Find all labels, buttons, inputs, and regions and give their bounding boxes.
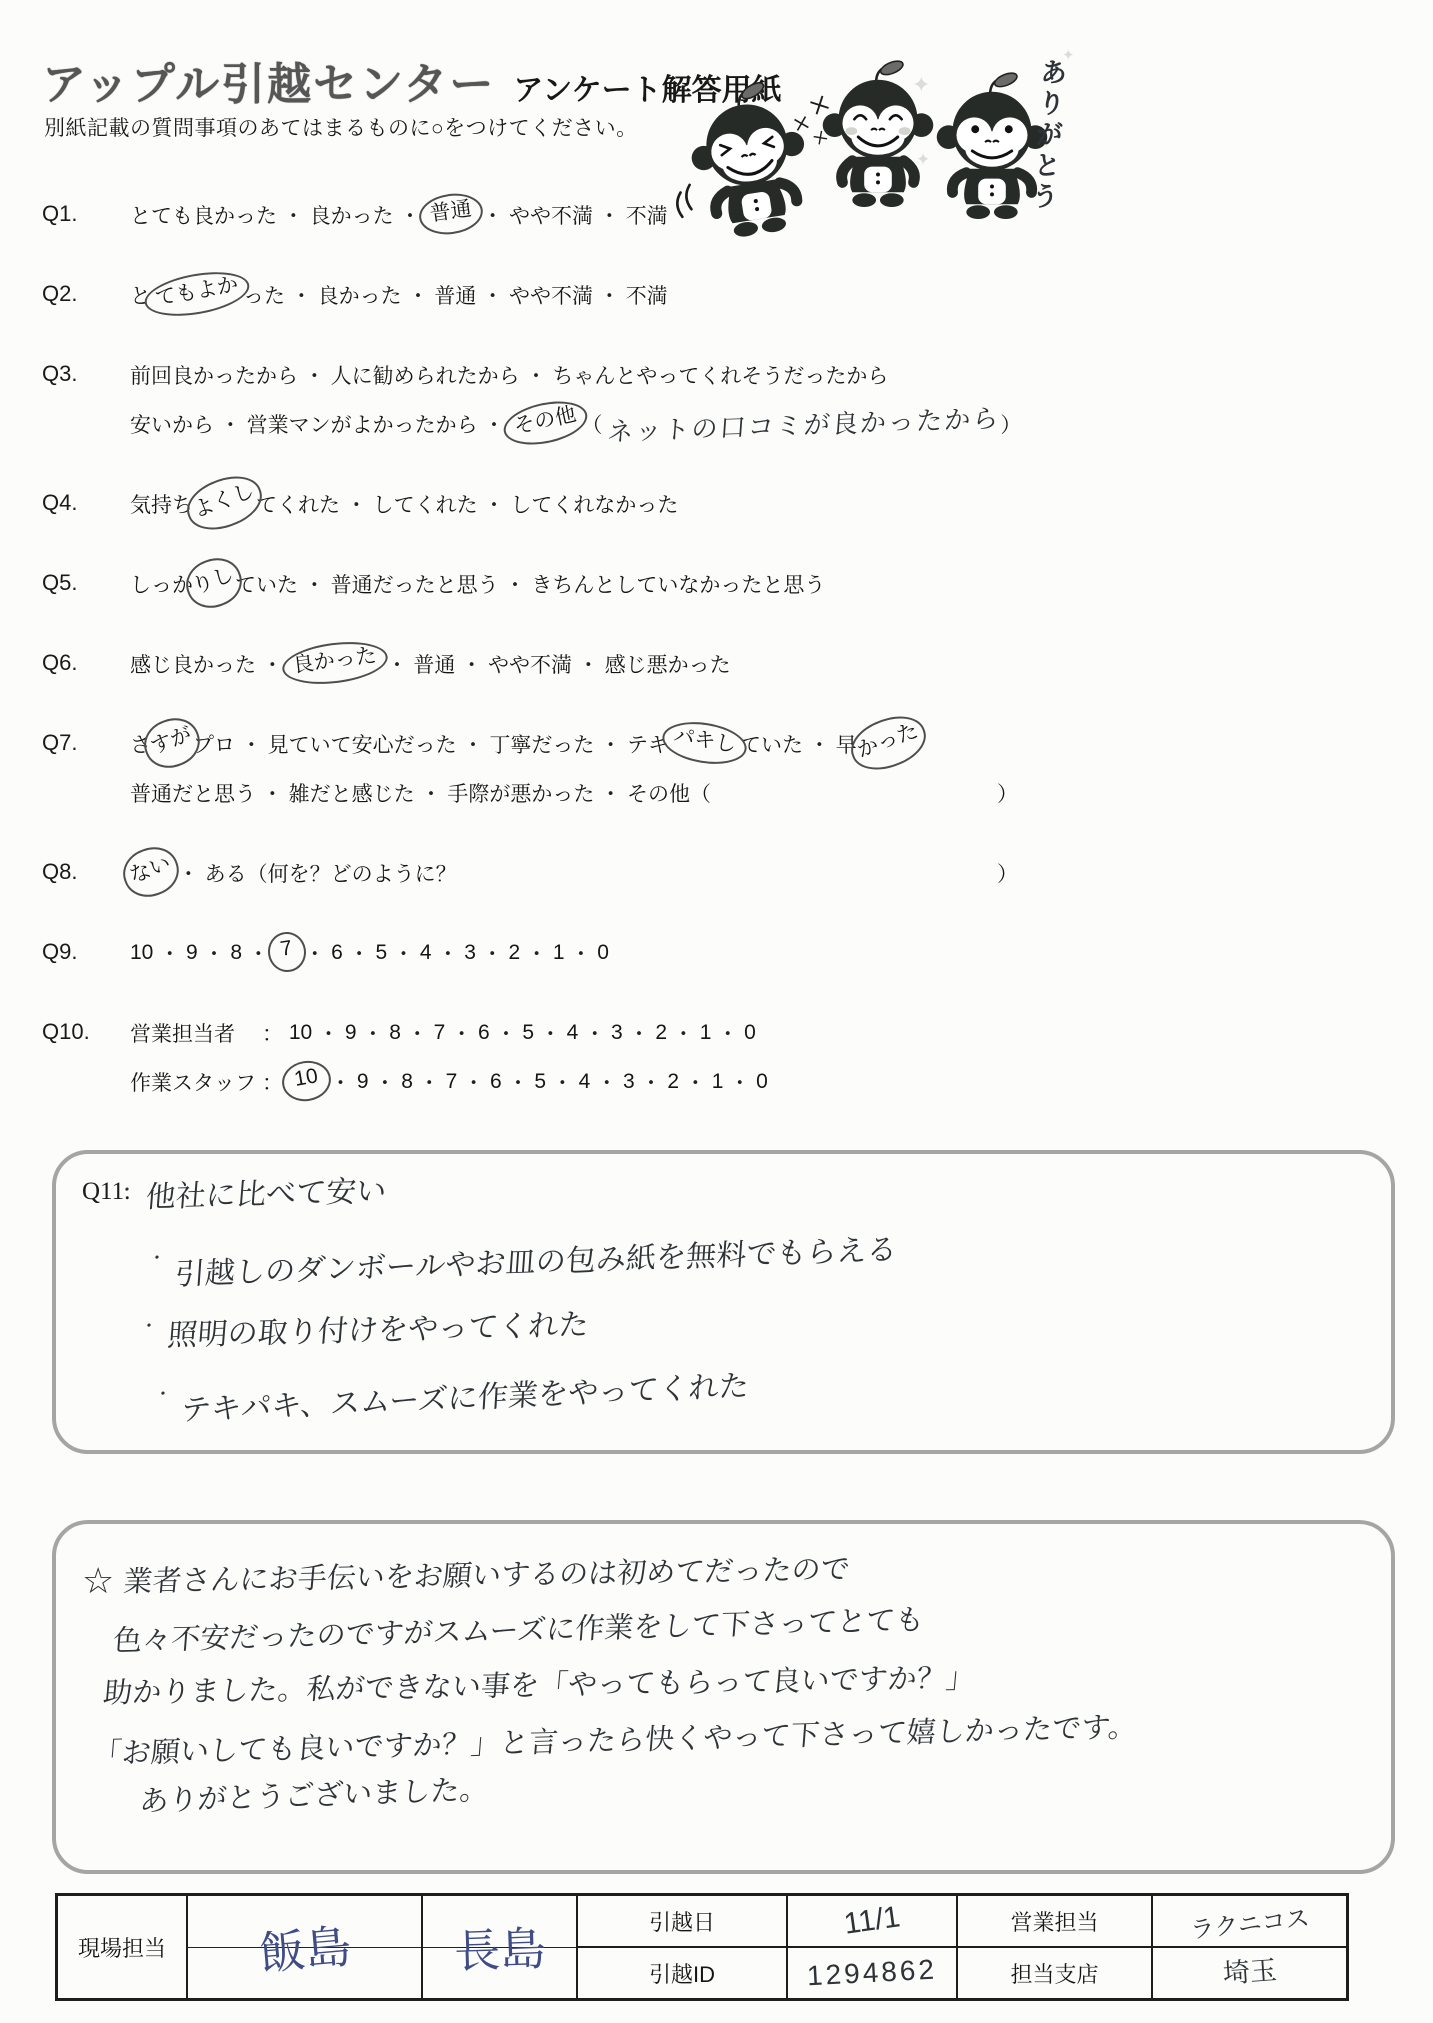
footer-table: 引越日 11/1 営業担当 ラクニコス 現場担当 飯島 長島 引越ID 1294…: [55, 1893, 1349, 2001]
option-text: ：: [262, 1018, 289, 1048]
question-id: Q9.: [42, 928, 130, 977]
option-text: ていた: [740, 729, 803, 759]
star-note-line: 色々不安だったのですがスムーズに作業をして下さってとても: [114, 1611, 1371, 1652]
move-date-value: 11/1: [842, 1900, 902, 1941]
option-separator: ・: [635, 1067, 668, 1097]
selection-circle-mark: その他: [500, 395, 591, 452]
selection-circle-mark: 良かった: [280, 637, 390, 690]
handwritten-text: ありがとうございました。: [138, 1770, 490, 1823]
option-text: 6: [478, 1021, 490, 1045]
option-text: 良かった: [318, 280, 402, 310]
option-text: 0: [756, 1070, 768, 1094]
option-separator: ・: [679, 1067, 712, 1097]
header: アップル引越センター アンケート解答用紙: [42, 48, 782, 112]
option-text: 0: [744, 1021, 756, 1045]
option-separator: ・: [343, 938, 376, 968]
option-separator: ・: [723, 1067, 756, 1097]
option-text: てくれた: [256, 489, 340, 519]
option-text: 4: [567, 1021, 579, 1045]
question-line: 前回良かったから ・ 人に勧められたから ・ ちゃんとやってくれそうだったから: [130, 350, 1433, 399]
option-text: 営業マンがよかったから: [247, 409, 478, 439]
star-note-line: 「お願いしても良いですか？」と言ったら快くやって下さって嬉しかったです。: [94, 1721, 1371, 1762]
option-separator: ・: [457, 1067, 490, 1097]
bullet-mark: ・: [117, 1170, 138, 1211]
option-separator: ・: [402, 280, 435, 310]
bullet-mark: ・: [153, 1374, 174, 1415]
option-separator: ・: [546, 1067, 579, 1097]
option-separator: ・: [235, 729, 268, 759]
option-text: ある（何を？どのように？: [205, 858, 457, 888]
option-text: きちんとしていなかったと思う: [531, 569, 825, 599]
option-separator: ・: [490, 1018, 523, 1048]
option-text: 1: [553, 941, 565, 965]
option-text: してくれた: [373, 489, 478, 519]
option-text: 普通: [434, 280, 476, 310]
option-separator: ・: [445, 1018, 478, 1048]
selection-circle-mark: てもよか: [141, 266, 252, 324]
option-separator: ・: [520, 360, 553, 390]
option-text: 不満: [626, 200, 668, 230]
option-text: ）: [997, 858, 1018, 888]
q11-handwritten-answers: ・他社に比べて安い・引越しのダンボールやお皿の包み紙を無料でもらえる・照明の取り…: [56, 1154, 1391, 1419]
brand-logo-text: アップル引越センター: [42, 48, 495, 112]
option-text: 6: [331, 941, 343, 965]
option-text: 普通だと思う: [130, 778, 256, 808]
star-note-line: 業者さんにお手伝いをお願いするのは初めてだったので: [124, 1556, 1371, 1597]
branch-label: 担当支店: [957, 1947, 1152, 1999]
selection-circle-mark: 普通: [417, 190, 486, 239]
option-text: 9: [357, 1070, 369, 1094]
question-row: Q10.営業担当者： 10 ・ 9 ・ 8 ・ 7 ・ 6 ・ 5 ・ 4 ・ …: [0, 1008, 1433, 1106]
option-text: 感じ良かった: [130, 649, 256, 679]
option-text: 安いから: [130, 409, 214, 439]
option-text: ちゃんとやってくれそうだったから: [552, 360, 888, 390]
site-signature-2: 長島: [452, 1912, 546, 1981]
option-text: ）: [997, 778, 1018, 808]
option-separator: ・: [593, 280, 626, 310]
sales-rep-value: ラクニコス: [1188, 1897, 1311, 1944]
q11-item: ・引越しのダンボールやお皿の包み紙を無料でもらえる: [148, 1238, 1371, 1283]
question-line: さすがプロ ・ 見ていて安心だった ・ 丁寧だった ・ テキパキしていた ・ 早…: [130, 719, 1433, 768]
option-separator: ・: [711, 1018, 744, 1048]
instruction-text: 別紙記載の質問事項のあてはまるものに○をつけてください。: [44, 112, 638, 142]
q11-item: ・照明の取り付けをやってくれた: [140, 1306, 1371, 1351]
question-id: Q10.: [42, 1008, 130, 1106]
selection-circle-mark: りし: [179, 551, 248, 615]
question-id: Q7.: [42, 719, 130, 817]
question-id: Q8.: [42, 848, 130, 897]
question-list: Q1.とても良かった ・ 良かった ・ 普通 ・ やや不満 ・ 不満Q2.とても…: [0, 190, 1433, 1137]
option-separator: ・: [340, 489, 373, 519]
option-separator: ・: [298, 360, 331, 390]
star-icon: ☆: [82, 1560, 114, 1602]
option-separator: ・: [476, 280, 509, 310]
option-text: 雑だと感じた: [289, 778, 415, 808]
option-separator: ・: [803, 729, 836, 759]
handwritten-text: 照明の取り付けをやってくれた: [166, 1306, 590, 1357]
option-separator: ・: [594, 729, 627, 759]
option-text: 7: [446, 1070, 458, 1094]
handwritten-answer: ネットの口コミが良かったから: [606, 398, 1002, 449]
q11-item: ・テキパキ、スムーズに作業をやってくれた: [154, 1374, 1371, 1419]
option-text: 感じ悪かった: [605, 649, 731, 679]
selection-circle-mark: 10: [279, 1057, 335, 1105]
star-note-box: ☆ 業者さんにお手伝いをお願いするのは初めてだったので色々不安だったのですがスム…: [52, 1520, 1395, 1874]
option-text: その他（: [627, 778, 711, 808]
option-text: 気持ち: [130, 489, 193, 519]
option-separator: ・: [198, 938, 231, 968]
option-text: 9: [345, 1021, 357, 1045]
option-separator: ・: [590, 1067, 623, 1097]
handwritten-text: 引越しのダンボールやお皿の包み紙を無料でもらえる: [173, 1230, 898, 1295]
option-separator: ・: [499, 569, 532, 599]
option-text: 営業担当者: [130, 1018, 262, 1048]
option-separator: ・: [578, 1018, 611, 1048]
option-separator: ・: [415, 778, 448, 808]
option-text: 2: [667, 1070, 679, 1094]
branch-value: 埼玉: [1221, 1948, 1278, 1991]
option-separator: ・: [214, 409, 247, 439]
selection-circle-mark: よくし: [180, 468, 269, 540]
star-handwritten-note: 業者さんにお手伝いをお願いするのは初めてだったので色々不安だったのですがスムーズ…: [56, 1524, 1391, 1817]
question-id: Q3.: [42, 350, 130, 448]
option-separator: ・: [565, 938, 598, 968]
move-id-value: 1294862: [806, 1954, 938, 1993]
site-signature-1: 飯島: [256, 1910, 353, 1984]
option-separator: ・: [572, 649, 605, 679]
option-separator: ・: [277, 200, 310, 230]
option-text: 8: [230, 941, 242, 965]
option-text: ）: [1000, 409, 1021, 439]
diamond-sparkle-icon: ✦: [916, 150, 930, 170]
option-text: 1: [712, 1070, 724, 1094]
option-text: 1: [700, 1021, 712, 1045]
option-separator: ・: [502, 1067, 535, 1097]
option-separator: ・: [667, 1018, 700, 1048]
question-line: しっかりしていた ・ 普通だったと思う ・ きちんとしていなかったと思う: [130, 559, 1433, 608]
option-text: やや不満: [509, 280, 593, 310]
option-text: 前回良かったから: [130, 360, 298, 390]
option-text: 0: [597, 941, 609, 965]
question-id: Q6.: [42, 639, 130, 688]
option-separator: ・: [594, 778, 627, 808]
site-staff-label: 現場担当: [57, 1895, 187, 1999]
handwritten-text: 「お願いしても良いですか？」と言ったら快くやって下さって嬉しかったです。: [91, 1707, 1138, 1775]
question-line: とてもよかった ・ 良かった ・ 普通 ・ やや不満 ・ 不満: [130, 270, 1433, 319]
question-line: とても良かった ・ 良かった ・ 普通 ・ やや不満 ・ 不満: [130, 190, 1433, 239]
option-separator: ・: [153, 938, 186, 968]
question-row: Q6.感じ良かった ・ 良かった ・ 普通 ・ やや不満 ・ 感じ悪かった: [0, 639, 1433, 688]
option-text: 普通: [413, 649, 455, 679]
option-text: 3: [623, 1070, 635, 1094]
option-text: 人に勧められたから: [331, 360, 520, 390]
option-separator: ・: [401, 1018, 434, 1048]
question-row: Q4.気持ちよくしてくれた ・ してくれた ・ してくれなかった: [0, 479, 1433, 528]
option-text: 2: [655, 1021, 667, 1045]
option-text: 見ていて安心だった: [268, 729, 457, 759]
option-text: 5: [375, 941, 387, 965]
question-id: Q1.: [42, 190, 130, 239]
selection-circle-mark: パキし: [659, 717, 749, 770]
question-row: Q7.さすがプロ ・ 見ていて安心だった ・ 丁寧だった ・ テキパキしていた …: [0, 719, 1433, 817]
option-text: 4: [420, 941, 432, 965]
handwritten-text: 助かりました。私ができない事を「やってもらって良いですか？」: [101, 1658, 976, 1714]
handwritten-text: 業者さんにお手伝いをお願いするのは初めてだったので: [122, 1550, 852, 1604]
option-text: してくれなかった: [510, 489, 678, 519]
option-text: 5: [522, 1021, 534, 1045]
option-text: やや不満: [509, 200, 593, 230]
option-text: 2: [509, 941, 521, 965]
option-separator: ・: [457, 729, 490, 759]
option-separator: ・: [455, 649, 488, 679]
question-line: 10 ・ 9 ・ 8 ・ 7 ・ 6 ・ 5 ・ 4 ・ 3 ・ 2 ・ 1 ・…: [130, 928, 1433, 977]
star-note-line: ありがとうございました。: [140, 1776, 1371, 1817]
option-text: やや不満: [488, 649, 572, 679]
option-text: 手際が悪かった: [447, 778, 594, 808]
option-text: 作業スタッフ: [130, 1067, 262, 1097]
option-separator: ・: [298, 569, 331, 599]
question-line: 作業スタッフ： 10 ・ 9 ・ 8 ・ 7 ・ 6 ・ 5 ・ 4 ・ 3 ・…: [130, 1057, 1433, 1106]
option-separator: ・: [623, 1018, 656, 1048]
star-note-line: 助かりました。私ができない事を「やってもらって良いですか？」: [104, 1666, 1371, 1707]
option-separator: ・: [285, 280, 318, 310]
option-text: 9: [186, 941, 198, 965]
diamond-sparkle-icon: ✦: [912, 72, 930, 98]
option-text: 8: [389, 1021, 401, 1045]
option-separator: ・: [387, 938, 420, 968]
move-date-label: 引越日: [577, 1895, 787, 1947]
option-text: とても良かった: [130, 200, 277, 230]
option-separator: ・: [413, 1067, 446, 1097]
option-text: 6: [490, 1070, 502, 1094]
option-text: 8: [401, 1070, 413, 1094]
question-row: Q2.とてもよかった ・ 良かった ・ 普通 ・ やや不満 ・ 不満: [0, 270, 1433, 319]
scanned-survey-sheet: アップル引越センター アンケート解答用紙 別紙記載の質問事項のあてはまるものに○…: [0, 0, 1433, 2023]
question-id: Q5.: [42, 559, 130, 608]
option-separator: ・: [534, 1018, 567, 1048]
q11-comment-box: Q11. ・他社に比べて安い・引越しのダンボールやお皿の包み紙を無料でもらえる・…: [52, 1150, 1395, 1454]
question-line: 感じ良かった ・ 良かった ・ 普通 ・ やや不満 ・ 感じ悪かった: [130, 639, 1433, 688]
option-separator: ・: [520, 938, 553, 968]
q11-item: ・他社に比べて安い: [118, 1170, 1371, 1215]
question-id: Q2.: [42, 270, 130, 319]
option-separator: ・: [476, 938, 509, 968]
sales-rep-label: 営業担当: [957, 1895, 1152, 1947]
handwritten-text: 色々不安だったのですがスムーズに作業をして下さってとても: [111, 1600, 925, 1662]
question-line: ない ・ ある（何を？どのように？）: [130, 848, 1018, 897]
option-separator: ・: [593, 200, 626, 230]
option-text: しっか: [130, 569, 193, 599]
question-row: Q5.しっかりしていた ・ 普通だったと思う ・ きちんとしていなかったと思う: [0, 559, 1433, 608]
option-text: 良かった: [310, 200, 394, 230]
question-row: Q3.前回良かったから ・ 人に勧められたから ・ ちゃんとやってくれそうだった…: [0, 350, 1433, 448]
option-separator: ・: [478, 489, 511, 519]
option-separator: ・: [369, 1067, 402, 1097]
option-text: 丁寧だった: [489, 729, 594, 759]
question-line: 普通だと思う ・ 雑だと感じた ・ 手際が悪かった ・ その他（）: [130, 768, 1018, 817]
question-line: 気持ちよくしてくれた ・ してくれた ・ してくれなかった: [130, 479, 1433, 528]
question-id: Q4.: [42, 479, 130, 528]
option-text: 不満: [626, 280, 668, 310]
option-text: 10: [130, 941, 153, 965]
move-id-label: 引越ID: [577, 1947, 787, 1999]
option-text: 10: [289, 1021, 312, 1045]
handwritten-text: 他社に比べて安い: [144, 1172, 388, 1218]
option-text: 5: [534, 1070, 546, 1094]
option-text: 7: [434, 1021, 446, 1045]
question-line: 安いから ・ 営業マンがよかったから ・ その他（ネットの口コミが良かったから）: [130, 399, 1018, 448]
option-text: 普通だったと思う: [331, 569, 499, 599]
handwritten-text: テキパキ、スムーズに作業をやってくれた: [180, 1367, 750, 1432]
option-separator: ・: [312, 1018, 345, 1048]
option-text: 3: [464, 941, 476, 965]
option-text: 3: [611, 1021, 623, 1045]
bullet-mark: ・: [139, 1306, 160, 1347]
option-text: った: [243, 280, 285, 310]
question-line: 営業担当者： 10 ・ 9 ・ 8 ・ 7 ・ 6 ・ 5 ・ 4 ・ 3 ・ …: [130, 1008, 1433, 1057]
option-separator: ・: [256, 778, 289, 808]
option-separator: ・: [432, 938, 465, 968]
option-separator: ・: [357, 1018, 390, 1048]
option-text: 4: [579, 1070, 591, 1094]
question-row: Q8.ない ・ ある（何を？どのように？）: [0, 848, 1433, 897]
question-row: Q1.とても良かった ・ 良かった ・ 普通 ・ やや不満 ・ 不満: [0, 190, 1433, 239]
bullet-mark: ・: [147, 1238, 168, 1279]
selection-circle-mark: すが: [137, 711, 206, 775]
option-text: ていた: [235, 569, 298, 599]
question-row: Q9.10 ・ 9 ・ 8 ・ 7 ・ 6 ・ 5 ・ 4 ・ 3 ・ 2 ・ …: [0, 928, 1433, 977]
